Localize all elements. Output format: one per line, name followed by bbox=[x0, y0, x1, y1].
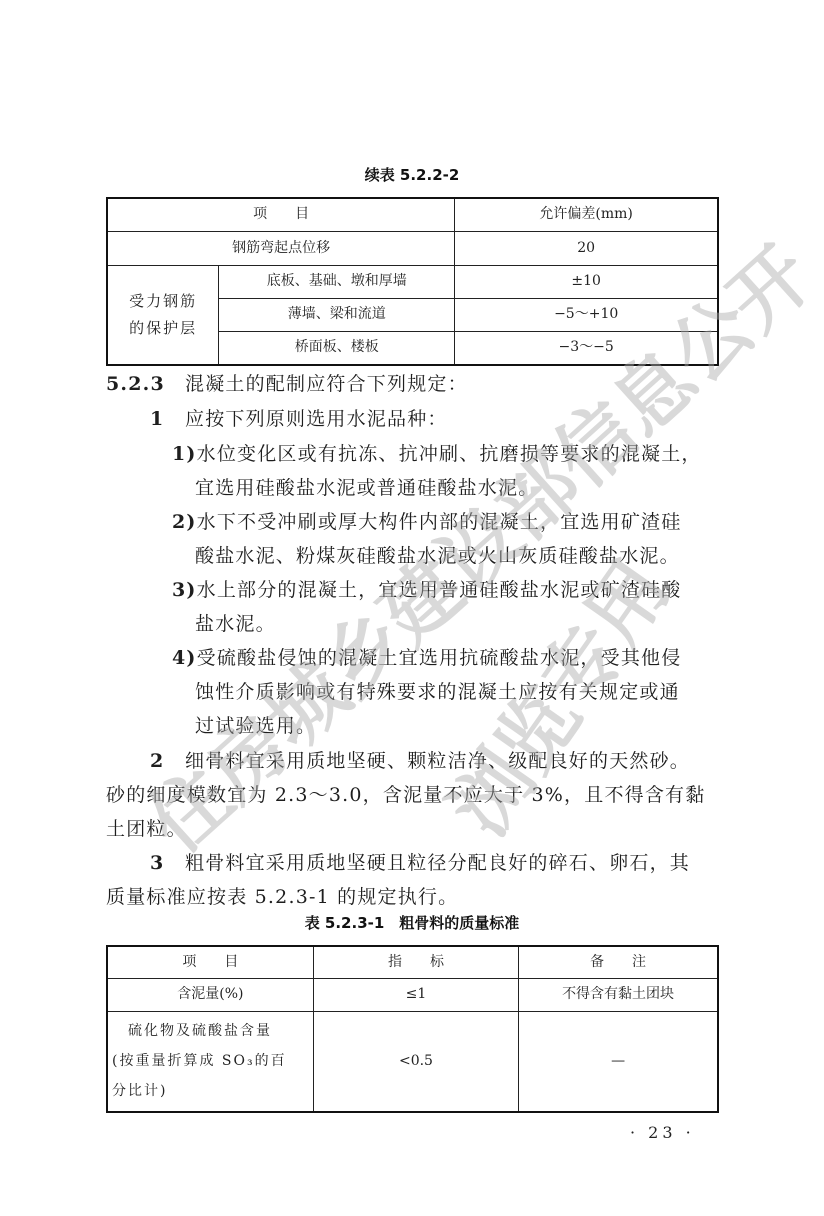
cell-item-line: 分比计) bbox=[112, 1076, 313, 1106]
header-item: 项 目 bbox=[107, 946, 313, 978]
group-label-line2: 的保护层 bbox=[108, 315, 218, 342]
cell-bend-value: 20 bbox=[455, 231, 718, 265]
item-3: 3 粗骨料宜采用质地坚硬且粒径分配良好的碎石、卵石，其 bbox=[150, 852, 164, 874]
cell-note: 不得含有黏土团块 bbox=[519, 978, 718, 1011]
subitem-4-cont2: 过试验选用。 bbox=[195, 715, 316, 737]
item-2-cont: 砂的细度模数宜为 2.3～3.0，含泥量不应大于 3%，且不得含有黏 bbox=[106, 784, 705, 806]
subitem-1-cont: 宜选用硅酸盐水泥或普通硅酸盐水泥。 bbox=[195, 477, 538, 499]
subitem-text: 受硫酸盐侵蚀的混凝土宜选用抗硫酸盐水泥，受其他侵 bbox=[197, 647, 682, 669]
item-number: 2 bbox=[150, 750, 164, 772]
cell-group-row-label: 桥面板、楼板 bbox=[219, 331, 455, 365]
cell-item: 含泥量(%) bbox=[107, 978, 313, 1011]
item-2-cont2: 土团粒。 bbox=[106, 818, 187, 840]
cell-group-row-value: ±10 bbox=[455, 265, 718, 298]
item-1: 1 应按下列原则选用水泥品种： bbox=[150, 408, 164, 430]
item-text: 细骨料宜采用质地坚硬、颗粒洁净、级配良好的天然砂。 bbox=[185, 750, 690, 772]
cell-group-row-label: 底板、基础、墩和厚墙 bbox=[219, 265, 455, 298]
subitem-marker: 2) bbox=[172, 511, 197, 533]
cell-group-row-label: 薄墙、梁和流道 bbox=[219, 298, 455, 331]
section-number: 5.2.3 bbox=[106, 373, 165, 395]
item-2: 2 细骨料宜采用质地坚硬、颗粒洁净、级配良好的天然砂。 bbox=[150, 750, 164, 772]
subitem-1: 1)水位变化区或有抗冻、抗冲刷、抗磨损等要求的混凝土， bbox=[172, 443, 702, 465]
subitem-4-cont: 蚀性介质影响或有特殊要求的混凝土应按有关规定或通 bbox=[195, 681, 680, 703]
item-number: 1 bbox=[150, 408, 164, 430]
header-index: 指 标 bbox=[313, 946, 518, 978]
cell-index: ≤1 bbox=[313, 978, 518, 1011]
subitem-text: 水下不受冲刷或厚大构件内部的混凝土，宜选用矿渣硅 bbox=[197, 511, 682, 533]
table-caption-5-2-3-1: 表 5.2.3-1 粗骨料的质量标准 bbox=[0, 912, 824, 933]
header-note: 备 注 bbox=[519, 946, 718, 978]
subitem-4: 4)受硫酸盐侵蚀的混凝土宜选用抗硫酸盐水泥，受其他侵 bbox=[172, 647, 681, 669]
cell-index: <0.5 bbox=[313, 1011, 518, 1112]
subitem-text: 水位变化区或有抗冻、抗冲刷、抗磨损等要求的混凝土， bbox=[197, 443, 702, 465]
cell-item-line: (按重量折算成 SO₃的百 bbox=[112, 1046, 313, 1076]
subitem-2: 2)水下不受冲刷或厚大构件内部的混凝土，宜选用矿渣硅 bbox=[172, 511, 681, 533]
cell-group-label: 受力钢筋 的保护层 bbox=[107, 265, 219, 365]
table-allowable-deviation: 项 目 允许偏差(mm) 钢筋弯起点位移 20 受力钢筋 的保护层 底板、基础、… bbox=[106, 197, 719, 366]
subitem-2-cont: 酸盐水泥、粉煤灰硅酸盐水泥或火山灰质硅酸盐水泥。 bbox=[195, 545, 680, 567]
section-title: 混凝土的配制应符合下列规定： bbox=[185, 373, 468, 395]
cell-group-row-value: −5～+10 bbox=[455, 298, 718, 331]
section-heading: 5.2.3 混凝土的配制应符合下列规定： bbox=[106, 373, 165, 395]
table-coarse-aggregate-quality: 项 目 指 标 备 注 含泥量(%) ≤1 不得含有黏土团块 硫化物及硫酸盐含量… bbox=[106, 945, 719, 1113]
cell-group-row-value: −3～−5 bbox=[455, 331, 718, 365]
table-caption-5-2-2-2: 续表 5.2.2-2 bbox=[0, 164, 824, 185]
cell-note: — bbox=[519, 1011, 718, 1112]
cell-bend-label: 钢筋弯起点位移 bbox=[107, 231, 455, 265]
subitem-marker: 3) bbox=[172, 579, 197, 601]
cell-item: 硫化物及硫酸盐含量 (按重量折算成 SO₃的百 分比计) bbox=[107, 1011, 313, 1112]
group-label-line1: 受力钢筋 bbox=[108, 288, 218, 315]
item-3-cont: 质量标准应按表 5.2.3-1 的规定执行。 bbox=[106, 886, 458, 908]
item-text: 应按下列原则选用水泥品种： bbox=[185, 408, 448, 430]
subitem-text: 水上部分的混凝土，宜选用普通硅酸盐水泥或矿渣硅酸 bbox=[197, 579, 682, 601]
subitem-marker: 1) bbox=[172, 443, 197, 465]
subitem-3: 3)水上部分的混凝土，宜选用普通硅酸盐水泥或矿渣硅酸 bbox=[172, 579, 681, 601]
header-deviation: 允许偏差(mm) bbox=[455, 198, 718, 231]
subitem-3-cont: 盐水泥。 bbox=[195, 613, 276, 635]
item-text: 粗骨料宜采用质地坚硬且粒径分配良好的碎石、卵石，其 bbox=[185, 852, 690, 874]
page-number: · 23 · bbox=[630, 1123, 695, 1142]
cell-item-line: 硫化物及硫酸盐含量 bbox=[112, 1016, 313, 1046]
item-number: 3 bbox=[150, 852, 164, 874]
subitem-marker: 4) bbox=[172, 647, 197, 669]
header-item: 项 目 bbox=[107, 198, 455, 231]
